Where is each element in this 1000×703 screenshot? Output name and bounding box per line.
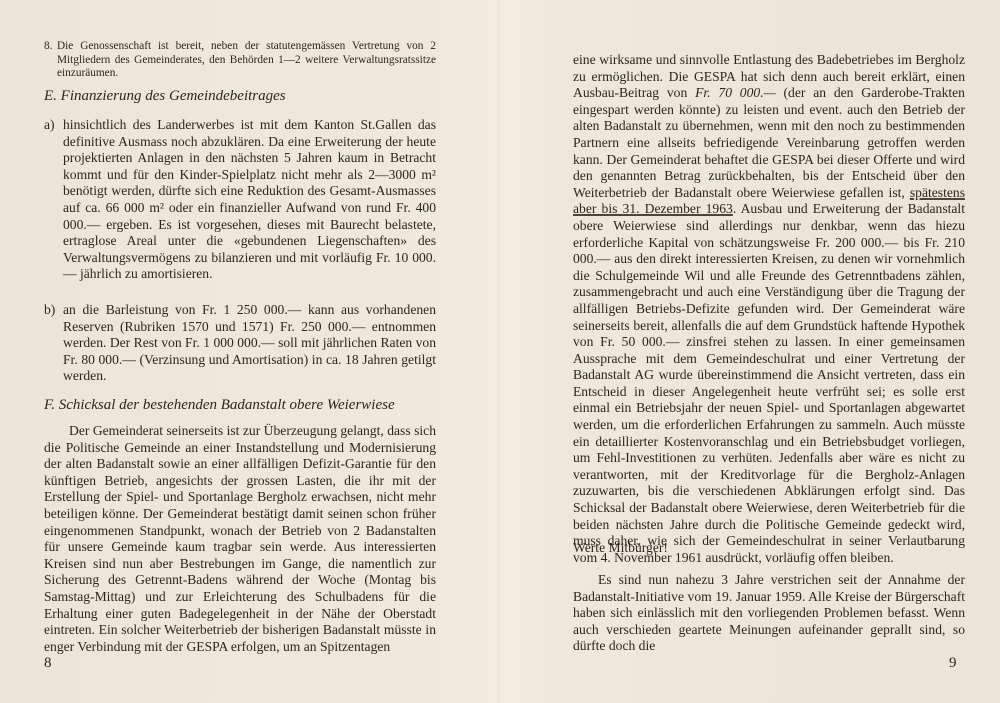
list-item-8: 8. Die Genossenschaft ist bereit, neben … — [44, 40, 436, 81]
book-spread: 8. Die Genossenschaft ist bereit, neben … — [0, 0, 1000, 703]
salutation: Werte Mitbürger! — [573, 540, 668, 556]
item-text: Die Genossenschaft ist bereit, neben der… — [57, 40, 436, 81]
italic-amount: Fr. 70 000.— — [695, 85, 776, 100]
page-number: 9 — [949, 655, 957, 672]
paragraph: Der Gemeinderat seinerseits ist zur Über… — [44, 423, 436, 655]
text-run: . Ausbau und Erweiterung der Badanstalt … — [573, 201, 965, 564]
section-heading-e: E. Finanzierung des Gemeindebeitrages — [44, 88, 286, 105]
list-item-a: a) hinsichtlich des Landerwerbes ist mit… — [44, 117, 436, 283]
item-marker: a) — [44, 117, 55, 134]
section-f-paragraph: Der Gemeinderat seinerseits ist zur Über… — [44, 423, 436, 655]
section-heading-f: F. Schicksal der bestehenden Badanstalt … — [44, 397, 395, 414]
page-right: eine wirksame und sinnvolle Entlastung d… — [500, 0, 1000, 703]
page-left: 8. Die Genossenschaft ist bereit, neben … — [0, 0, 500, 703]
item-text: hinsichtlich des Landerwerbes ist mit de… — [63, 117, 436, 283]
page-number: 8 — [44, 655, 52, 672]
item-marker: b) — [44, 302, 55, 319]
item-text: an die Barleistung von Fr. 1 250 000.— k… — [63, 302, 436, 385]
paragraph: eine wirksame und sinnvolle Entlastung d… — [573, 52, 965, 566]
closing-paragraph: Es sind nun nahezu 3 Jahre verstrichen s… — [573, 572, 965, 655]
text-run: (der an den Garderobe-Trakten eingespart… — [573, 85, 965, 200]
main-paragraph: eine wirksame und sinnvolle Entlastung d… — [573, 52, 965, 566]
item-number: 8. — [44, 40, 52, 54]
paragraph: Es sind nun nahezu 3 Jahre verstrichen s… — [573, 572, 965, 655]
list-item-b: b) an die Barleistung von Fr. 1 250 000.… — [44, 302, 436, 385]
